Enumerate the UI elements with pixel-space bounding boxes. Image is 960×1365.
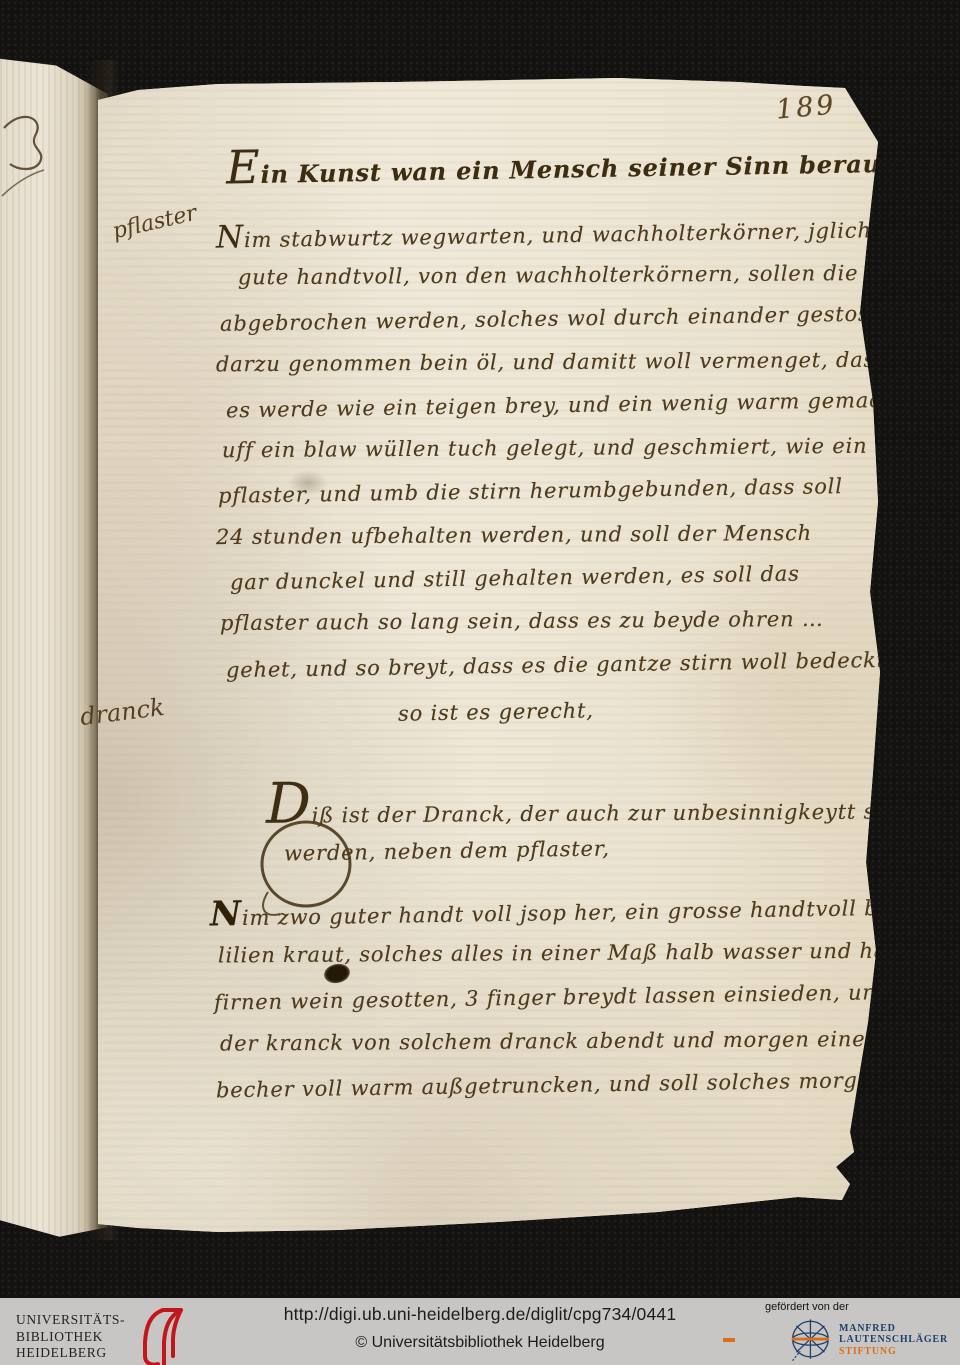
manuscript-line: firnen wein gesotten, 3 finger breydt la… [214,974,939,1019]
manuscript-line: Nim zwo guter handt voll jsop her, ein g… [210,886,918,935]
funded-by-label: gefördert von der [765,1301,948,1313]
foundation-name-line: MANFRED [839,1323,948,1335]
manuscript-line: gehet, und so breyt, dass es die gantze … [226,643,894,687]
footer-bar: UNIVERSITÄTS- BIBLIOTHEK HEIDELBERG http… [0,1298,960,1365]
dash-mark [723,1338,735,1342]
manuscript-line: 24 stunden ufbehalten werden, und soll d… [216,516,812,554]
manuscript-line: es werde wie ein teigen brey, und ein we… [226,383,906,428]
manuscript-line: Diß ist der Dranck, der auch zur unbesin… [266,779,960,833]
manuscript-line: werden, neben dem pflaster, [284,831,610,870]
manuscript-line: pflaster auch so lang sein, dass es zu b… [220,602,824,640]
lautenschlaeger-stiftung-logo-icon [787,1315,834,1365]
manuscript-line: darzu genommen bein öl, und damitt woll … [216,343,887,382]
ink-squiggle-mark [0,100,70,210]
manuscript-page: 189 Ein Kunst wan ein Mensch seiner Sinn… [98,72,886,1244]
manuscript-line: becher voll warm außgetruncken, und soll… [216,1063,897,1108]
ink-smudge [288,470,328,496]
foundation-name-line: STIFTUNG [839,1346,948,1358]
sponsor-row: MANFRED LAUTENSCHLÄGER STIFTUNG [723,1315,948,1365]
foundation-name: MANFRED LAUTENSCHLÄGER STIFTUNG [839,1323,948,1358]
manuscript-line: der kranck von solchem dranck abendt und… [220,1021,953,1060]
manuscript-line: gar dunckel und still gehalten werden, e… [230,557,800,600]
scan-viewer: 189 Ein Kunst wan ein Mensch seiner Sinn… [0,0,960,1365]
recipe-heading: Ein Kunst wan ein Mensch seiner Sinn ber… [226,128,960,195]
folio-number: 189 [775,89,838,125]
sponsor-block: gefördert von der MANFRED [723,1301,948,1365]
manuscript-line: uff ein blaw wüllen tuch gelegt, und ges… [222,429,868,468]
manuscript-line: Nim stabwurtz wegwarten, und wachholterk… [216,209,926,257]
manuscript-line: abgebrochen werden, solches wol durch ei… [220,295,960,341]
foundation-name-line: LAUTENSCHLÄGER [839,1334,948,1346]
manuscript-line: lilien kraut, solches alles in einer Maß… [218,934,909,973]
manuscript-line: so ist es gerecht, [398,698,594,725]
manuscript-line: gute handtvoll, von den wachholterkörner… [238,256,920,295]
